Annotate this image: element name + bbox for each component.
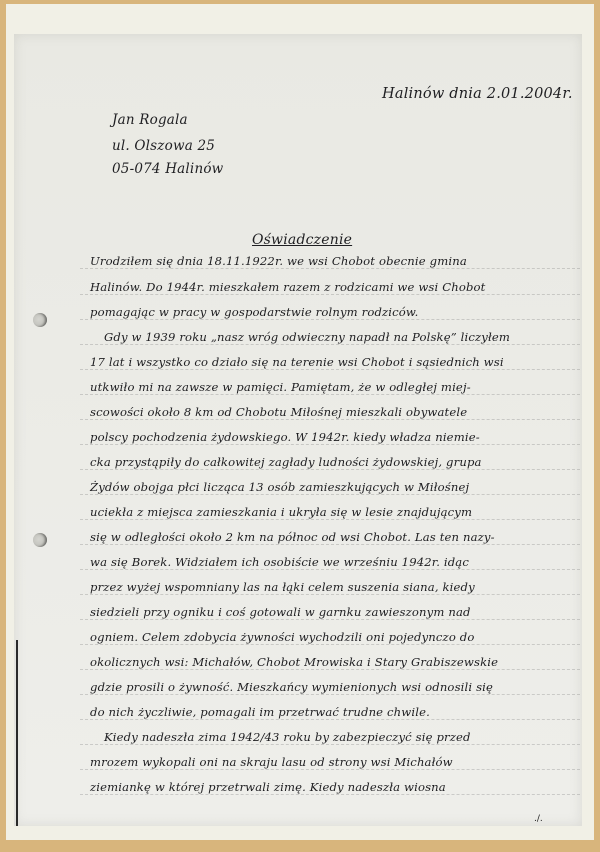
continuation-marker: ./. [534, 814, 543, 824]
ruled-line [80, 268, 580, 269]
ruled-line [80, 744, 580, 745]
body-line: siedzieli przy ogniku i coś gotowali w g… [90, 605, 471, 619]
body-line: polscy pochodzenia żydowskiego. W 1942r.… [90, 430, 480, 444]
scan-frame: Halinów dnia 2.01.2004r. Jan Rogala ul. … [0, 0, 600, 852]
sender-postal-city: 05-074 Halinów [112, 161, 223, 177]
ruled-line [80, 794, 580, 795]
body-line: mrozem wykopali oni na skraju lasu od st… [90, 755, 453, 769]
body-line: 17 lat i wszystko co działo się na teren… [90, 355, 504, 369]
ruled-line [80, 444, 580, 445]
ruled-line [80, 719, 580, 720]
body-line: ziemiankę w której przetrwali zimę. Kied… [90, 780, 446, 794]
body-line: pomagając w pracy w gospodarstwie rolnym… [90, 305, 418, 319]
ruled-line [80, 344, 580, 345]
ruled-line [80, 519, 580, 520]
ruled-line [80, 394, 580, 395]
sender-name: Jan Rogala [112, 112, 188, 128]
margin-line [16, 640, 18, 826]
ruled-line [80, 369, 580, 370]
body-line: okolicznych wsi: Michałów, Chobot Mrowis… [90, 655, 498, 669]
document-title: Oświadczenie [252, 232, 352, 248]
body-line: wa się Borek. Widziałem ich osobiście we… [90, 555, 469, 569]
body-line: się w odległości około 2 km na północ od… [90, 530, 495, 544]
ruled-line [80, 769, 580, 770]
punch-hole-icon [33, 533, 47, 547]
ruled-line [80, 419, 580, 420]
ruled-line [80, 669, 580, 670]
body-line: Żydów obojga płci licząca 13 osób zamies… [90, 480, 469, 494]
body-line: utkwiło mi na zawsze w pamięci. Pamiętam… [90, 380, 471, 394]
ruled-line [80, 319, 580, 320]
body-line: Gdy w 1939 roku „nasz wróg odwieczny nap… [104, 330, 510, 344]
body-line: cka przystąpiły do całkowitej zagłady lu… [90, 455, 482, 469]
place-and-date: Halinów dnia 2.01.2004r. [382, 86, 573, 102]
ruled-line [80, 294, 580, 295]
ruled-line [80, 569, 580, 570]
body-line: uciekła z miejsca zamieszkania i ukryła … [90, 505, 472, 519]
body-line: Kiedy nadeszła zima 1942/43 roku by zabe… [104, 730, 471, 744]
ruled-line [80, 619, 580, 620]
body-line: scowości około 8 km od Chobotu Miłośnej … [90, 405, 467, 419]
body-line: przez wyżej wspomniany las na łąki celem… [90, 580, 475, 594]
ruled-line [80, 544, 580, 545]
body-line: do nich życzliwie, pomagali im przetrwać… [90, 705, 430, 719]
sender-street: ul. Olszowa 25 [112, 138, 215, 154]
body-line: gdzie prosili o żywność. Mieszkańcy wymi… [90, 680, 493, 694]
body-line: ogniem. Celem zdobycia żywności wychodzi… [90, 630, 474, 644]
ruled-line [80, 694, 580, 695]
ruled-line [80, 644, 580, 645]
ruled-line [80, 594, 580, 595]
ruled-line [80, 494, 580, 495]
body-line: Halinów. Do 1944r. mieszkałem razem z ro… [90, 280, 485, 294]
punch-hole-icon [33, 313, 47, 327]
body-line: Urodziłem się dnia 18.11.1922r. we wsi C… [90, 254, 467, 268]
ruled-line [80, 469, 580, 470]
